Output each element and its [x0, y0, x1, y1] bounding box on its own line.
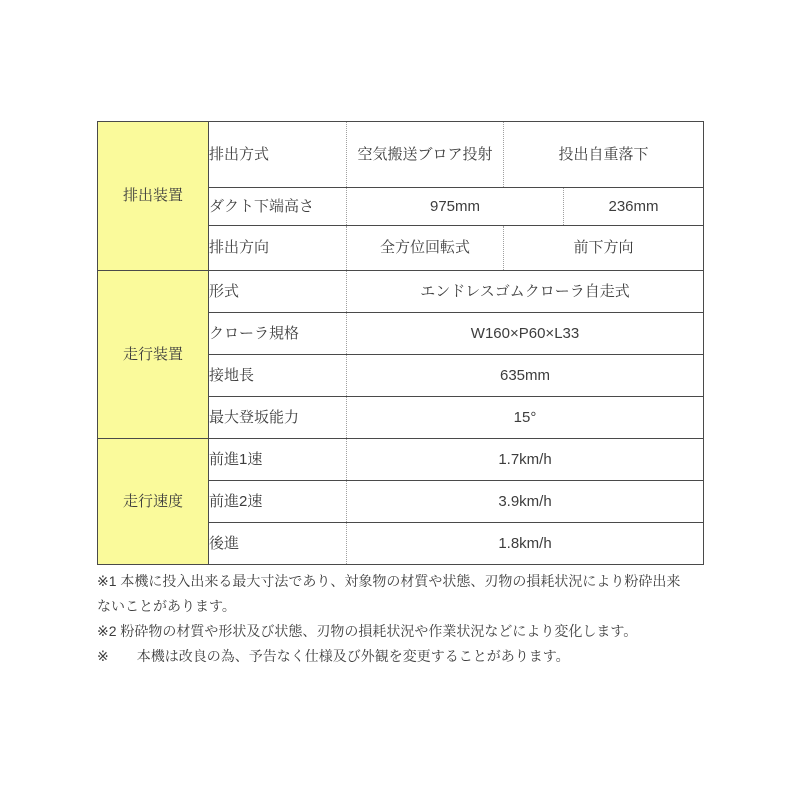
spec-value: 3.9km/h — [347, 481, 704, 523]
footnotes: ※1 本機に投入出来る最大寸法であり、対象物の材質や状態、刃物の損耗状況により粉… — [97, 570, 709, 670]
spec-value: W160×P60×L33 — [347, 313, 704, 355]
section-label-travel-speed: 走行速度 — [98, 439, 209, 565]
spec-page: 排出装置 排出方式 空気搬送ブロア投射 投出自重落下 ダクト下端高さ 975mm… — [0, 0, 800, 800]
spec-item-label: 形式 — [209, 271, 347, 313]
table-row: 走行速度 前進1速 1.7km/h — [98, 439, 704, 481]
footnote-1-line-2: ないことがあります。 — [97, 595, 709, 618]
table-row: 排出装置 排出方式 空気搬送ブロア投射 投出自重落下 — [98, 122, 704, 188]
footnote-1-line-1: ※1 本機に投入出来る最大寸法であり、対象物の材質や状態、刃物の損耗状況により粉… — [97, 570, 709, 593]
spec-item-label: 接地長 — [209, 355, 347, 397]
spec-value: 975mm — [347, 188, 564, 226]
section-label-discharge: 排出装置 — [98, 122, 209, 271]
table-row: 走行装置 形式 エンドレスゴムクローラ自走式 — [98, 271, 704, 313]
spec-item-label: 排出方向 — [209, 226, 347, 271]
spec-item-label: クローラ規格 — [209, 313, 347, 355]
spec-item-label: 前進2速 — [209, 481, 347, 523]
spec-value: 全方位回転式 — [347, 226, 504, 271]
spec-item-label: 後進 — [209, 523, 347, 565]
footnote-3: ※ 本機は改良の為、予告なく仕様及び外観を変更することがあります。 — [97, 645, 709, 668]
section-label-travel-device: 走行装置 — [98, 271, 209, 439]
spec-item-label: 最大登坂能力 — [209, 397, 347, 439]
spec-value: 1.8km/h — [347, 523, 704, 565]
spec-value: エンドレスゴムクローラ自走式 — [347, 271, 704, 313]
spec-value: 635mm — [347, 355, 704, 397]
spec-value: 236mm — [564, 188, 704, 226]
spec-item-label: 排出方式 — [209, 122, 347, 188]
spec-value: 15° — [347, 397, 704, 439]
spec-value: 投出自重落下 — [504, 122, 704, 188]
spec-item-label: ダクト下端高さ — [209, 188, 347, 226]
footnote-2: ※2 粉砕物の材質や形状及び状態、刃物の損耗状況や作業状況などにより変化します。 — [97, 620, 709, 643]
spec-table: 排出装置 排出方式 空気搬送ブロア投射 投出自重落下 ダクト下端高さ 975mm… — [97, 121, 704, 565]
spec-value: 空気搬送ブロア投射 — [347, 122, 504, 188]
spec-item-label: 前進1速 — [209, 439, 347, 481]
spec-value: 1.7km/h — [347, 439, 704, 481]
spec-value: 前下方向 — [504, 226, 704, 271]
